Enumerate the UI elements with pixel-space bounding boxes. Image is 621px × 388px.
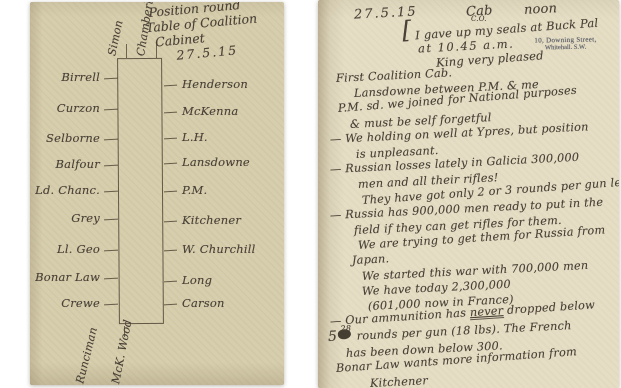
- connector-tick: [156, 44, 157, 58]
- corrected-number: 28: [340, 321, 351, 337]
- connector-tick: [126, 44, 127, 58]
- seat-name-right: Kitchener: [182, 213, 241, 227]
- seat-name-bottom: Runciman: [73, 326, 100, 385]
- margin-bracket: [: [401, 16, 413, 45]
- seat-name-left: Crewe: [30, 296, 100, 310]
- document-scan: Position round Table of Coalition Cabine…: [0, 0, 621, 388]
- left-page: Position round Table of Coalition Cabine…: [30, 2, 284, 385]
- co-annotation: C.O.: [471, 15, 487, 23]
- seat-name-left: Birrell: [30, 70, 100, 84]
- seat-name-right: W. Churchill: [182, 242, 256, 256]
- seat-name-bottom: McK. Wood: [109, 318, 134, 385]
- diary-body: First Coalition Cab. Lansdowne between P…: [328, 71, 619, 388]
- diagram-title: Position round Table of Coalition Cabine…: [148, 2, 284, 65]
- seat-name-right: P.M.: [182, 183, 207, 197]
- seat-name-left: Grey: [30, 211, 100, 225]
- seat-name-right: McKenna: [182, 104, 238, 118]
- seat-name-left: Ld. Chanc.: [30, 183, 100, 197]
- underlined-word: never: [469, 304, 503, 320]
- seat-name-right: Long: [182, 273, 212, 287]
- seat-name-right: Carson: [182, 296, 225, 310]
- seat-name-left: Ll. Geo: [30, 242, 100, 256]
- seat-name-right: L.H.: [182, 130, 208, 144]
- seat-name-right: Lansdowne: [182, 155, 250, 169]
- seat-name-left: Balfour: [30, 157, 100, 171]
- cabinet-table-rectangle: [117, 58, 164, 324]
- seat-name-left: Curzon: [30, 101, 100, 115]
- seat-name-right: Henderson: [182, 77, 248, 91]
- ink-blot: 28: [338, 328, 354, 341]
- seat-name-left: Selborne: [30, 131, 100, 145]
- note-text: dropped below: [503, 299, 595, 318]
- entry-time: noon: [524, 1, 558, 18]
- seat-name-top: Simon: [105, 19, 125, 57]
- seat-name-left: Bonar Law: [30, 270, 100, 284]
- right-page: 27.5.15 Cab noon [ I gave up my seals at…: [318, 0, 619, 388]
